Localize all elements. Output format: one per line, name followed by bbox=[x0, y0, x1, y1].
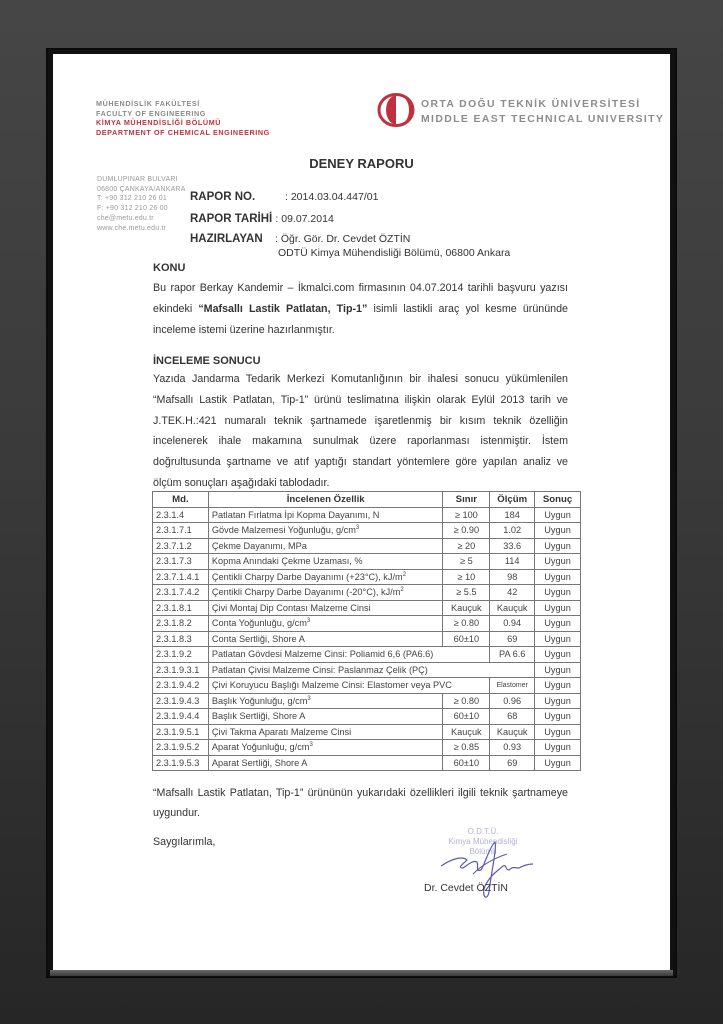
cell-result: Uygun bbox=[535, 554, 581, 570]
cell-measured: PA 6.6 bbox=[490, 647, 535, 663]
table-row: 2.3.1.9.5.1Çivi Takma Aparatı Malzeme Ci… bbox=[153, 724, 581, 740]
address-email: che@metu.edu.tr bbox=[97, 214, 186, 224]
header-result: Sonuç bbox=[535, 492, 581, 508]
faculty-en: FACULTY OF ENGINEERING bbox=[96, 109, 270, 119]
prepared-affiliation: ODTÜ Kimya Mühendisliği Bölümü, 06800 An… bbox=[278, 247, 510, 259]
table-row: 2.3.1.9.2Patlatan Gövdesi Malzeme Cinsi:… bbox=[153, 647, 581, 663]
cell-result: Uygun bbox=[535, 693, 581, 709]
unit-exponent: 2 bbox=[403, 572, 406, 578]
metu-logo-icon bbox=[376, 92, 416, 128]
konu-product-name: “Mafsallı Lastik Patlatan, Tip-1” bbox=[198, 303, 367, 315]
cell-limit: 60±10 bbox=[443, 709, 490, 725]
property-text: Çentikli Charpy Darbe Dayanımı (+23°C), … bbox=[212, 572, 403, 582]
address-block: DUMLUPINAR BULVARI 06800 ÇANKAYA/ANKARA … bbox=[97, 175, 186, 233]
cell-result: Uygun bbox=[535, 538, 581, 554]
property-text: Çivi Koruyucu Başlığı Malzeme Cinsi: Ela… bbox=[212, 680, 452, 690]
cell-md: 2.3.1.7.3 bbox=[153, 554, 209, 570]
prepared-by-row: HAZIRLAYAN: Öğr. Gör. Dr. Cevdet ÖZTİN bbox=[190, 233, 410, 245]
unit-exponent: 3 bbox=[309, 742, 312, 748]
cell-property: Kopma Anındaki Çekme Uzaması, % bbox=[208, 554, 443, 570]
header-measured: Ölçüm bbox=[490, 492, 535, 508]
cell-md: 2.3.1.9.4.4 bbox=[153, 709, 209, 725]
department-en: DEPARTMENT OF CHEMICAL ENGINEERING bbox=[96, 128, 270, 138]
cell-limit: ≥ 20 bbox=[443, 538, 490, 554]
cell-limit: 60±10 bbox=[443, 631, 490, 647]
inceleme-heading: İNCELEME SONUCU bbox=[153, 355, 261, 367]
cell-measured: Kauçuk bbox=[490, 600, 535, 616]
cell-limit: ≥ 0.90 bbox=[443, 523, 490, 539]
property-text: Kopma Anındaki Çekme Uzaması, % bbox=[212, 556, 363, 566]
cell-md: 2.3.1.8.2 bbox=[153, 616, 209, 632]
cell-property: Patlatan Çivisi Malzeme Cinsi: Paslanmaz… bbox=[208, 662, 534, 678]
cell-md: 2.3.1.9.5.2 bbox=[153, 740, 209, 756]
cell-result: Uygun bbox=[535, 569, 581, 585]
cell-measured: 0.93 bbox=[490, 740, 535, 756]
property-text: Conta Yoğunluğu, g/cm bbox=[212, 618, 307, 628]
unit-exponent: 2 bbox=[400, 587, 403, 593]
cell-md: 2.3.1.9.4.3 bbox=[153, 693, 209, 709]
cell-property: Çekme Dayanımı, MPa bbox=[208, 538, 443, 554]
cell-measured: 184 bbox=[490, 507, 535, 523]
property-text: Gövde Malzemesi Yoğunluğu, g/cm bbox=[212, 525, 356, 535]
cell-property: Patlatan Gövdesi Malzeme Cinsi: Poliamid… bbox=[208, 647, 489, 663]
konu-paragraph: Bu rapor Berkay Kandemir – İkmalci.com f… bbox=[153, 278, 568, 340]
cell-measured: 33.6 bbox=[490, 538, 535, 554]
cell-result: Uygun bbox=[535, 709, 581, 725]
unit-exponent: 3 bbox=[307, 696, 310, 702]
cell-measured: 68 bbox=[490, 709, 535, 725]
cell-md: 2.3.1.8.1 bbox=[153, 600, 209, 616]
table-row: 2.3.1.8.2Conta Yoğunluğu, g/cm3≥ 0.800.9… bbox=[153, 616, 581, 632]
property-text: Çivi Takma Aparatı Malzeme Cinsi bbox=[212, 727, 351, 737]
cell-property: Aparat Yoğunluğu, g/cm3 bbox=[208, 740, 443, 756]
property-text: Başlık Yoğunluğu, g/cm bbox=[212, 696, 308, 706]
document-page: MÜHENDİSLİK FAKÜLTESİ FACULTY OF ENGINEE… bbox=[53, 54, 670, 970]
property-text: Çentikli Charpy Darbe Dayanımı (-20°C), … bbox=[212, 587, 401, 597]
address-fax: F: +90 312 210 26 00 bbox=[97, 204, 186, 214]
cell-limit: 60±10 bbox=[443, 755, 490, 771]
frame-bevel bbox=[50, 970, 673, 976]
cell-property: Çivi Takma Aparatı Malzeme Cinsi bbox=[208, 724, 443, 740]
cell-measured: 69 bbox=[490, 755, 535, 771]
report-number-row: RAPOR NO.: 2014.03.04.447/01 bbox=[190, 191, 378, 203]
cell-property: Başlık Yoğunluğu, g/cm3 bbox=[208, 693, 443, 709]
cell-result: Uygun bbox=[535, 616, 581, 632]
header-md: Md. bbox=[153, 492, 209, 508]
cell-measured: 98 bbox=[490, 569, 535, 585]
university-name-en: MIDDLE EAST TECHNICAL UNIVERSITY bbox=[421, 112, 664, 127]
cell-md: 2.3.1.7.1 bbox=[153, 523, 209, 539]
cell-result: Uygun bbox=[535, 631, 581, 647]
cell-result: Uygun bbox=[535, 600, 581, 616]
cell-result: Uygun bbox=[535, 740, 581, 756]
cell-limit: ≥ 5 bbox=[443, 554, 490, 570]
report-date-label: RAPOR TARİHİ bbox=[190, 213, 272, 225]
cell-property: Çivi Montaj Dip Contası Malzeme Cinsi bbox=[208, 600, 443, 616]
table-row: 2.3.1.8.3Conta Sertliği, Shore A60±1069U… bbox=[153, 631, 581, 647]
property-text: Conta Sertliği, Shore A bbox=[212, 634, 305, 644]
cell-limit: ≥ 0.80 bbox=[443, 693, 490, 709]
cell-md: 2.3.1.7.4.2 bbox=[153, 585, 209, 601]
cell-property: Çentikli Charpy Darbe Dayanımı (+23°C), … bbox=[208, 569, 443, 585]
cell-md: 2.3.1.9.2 bbox=[153, 647, 209, 663]
table-row: 2.3.1.7.4.2Çentikli Charpy Darbe Dayanım… bbox=[153, 585, 581, 601]
cell-md: 2.3.7.1.2 bbox=[153, 538, 209, 554]
cell-result: Uygun bbox=[535, 755, 581, 771]
property-text: Aparat Sertliği, Shore A bbox=[212, 758, 308, 768]
cell-property: Çentikli Charpy Darbe Dayanımı (-20°C), … bbox=[208, 585, 443, 601]
cell-result: Uygun bbox=[535, 678, 581, 694]
address-website: www.che.metu.edu.tr bbox=[97, 224, 186, 234]
department-tr: KİMYA MÜHENDİSLİĞİ BÖLÜMÜ bbox=[96, 118, 270, 128]
cell-result: Uygun bbox=[535, 662, 581, 678]
header-property: İncelenen Özellik bbox=[208, 492, 443, 508]
table-row: 2.3.1.7.1Gövde Malzemesi Yoğunluğu, g/cm… bbox=[153, 523, 581, 539]
cell-limit: ≥ 5.5 bbox=[443, 585, 490, 601]
table-row: 2.3.1.7.3Kopma Anındaki Çekme Uzaması, %… bbox=[153, 554, 581, 570]
faculty-letterhead: MÜHENDİSLİK FAKÜLTESİ FACULTY OF ENGINEE… bbox=[96, 99, 270, 137]
cell-property: Patlatan Fırlatma İpi Kopma Dayanımı, N bbox=[208, 507, 443, 523]
cell-md: 2.3.1.9.4.2 bbox=[153, 678, 209, 694]
cell-property: Başlık Sertliği, Shore A bbox=[208, 709, 443, 725]
cell-property: Gövde Malzemesi Yoğunluğu, g/cm3 bbox=[208, 523, 443, 539]
report-title: DENEY RAPORU bbox=[53, 156, 670, 171]
cell-md: 2.3.1.9.5.1 bbox=[153, 724, 209, 740]
cell-measured: 0.94 bbox=[490, 616, 535, 632]
property-text: Çekme Dayanımı, MPa bbox=[212, 541, 307, 551]
cell-measured: 114 bbox=[490, 554, 535, 570]
property-text: Patlatan Fırlatma İpi Kopma Dayanımı, N bbox=[212, 510, 379, 520]
inceleme-paragraph: Yazıda Jandarma Tedarik Merkezi Komutanl… bbox=[153, 369, 568, 494]
report-number: : 2014.03.04.447/01 bbox=[285, 191, 378, 203]
cell-md: 2.3.1.8.3 bbox=[153, 631, 209, 647]
table-row: 2.3.1.9.3.1Patlatan Çivisi Malzeme Cinsi… bbox=[153, 662, 581, 678]
konu-heading: KONU bbox=[153, 262, 185, 274]
address-phone: T: +90 312 210 26 01 bbox=[97, 194, 186, 204]
prepared-by: : Öğr. Gör. Dr. Cevdet ÖZTİN bbox=[275, 233, 410, 245]
report-date-row: RAPOR TARİHİ : 09.07.2014 bbox=[190, 213, 334, 225]
cell-measured: 0.96 bbox=[490, 693, 535, 709]
property-text: Çivi Montaj Dip Contası Malzeme Cinsi bbox=[212, 603, 371, 613]
table-row: 2.3.1.9.5.3Aparat Sertliği, Shore A60±10… bbox=[153, 755, 581, 771]
cell-limit: ≥ 0.85 bbox=[443, 740, 490, 756]
table-row: 2.3.1.8.1Çivi Montaj Dip Contası Malzeme… bbox=[153, 600, 581, 616]
table-row: 2.3.1.9.4.4Başlık Sertliği, Shore A60±10… bbox=[153, 709, 581, 725]
prepared-by-label: HAZIRLAYAN bbox=[190, 233, 275, 245]
cell-result: Uygun bbox=[535, 724, 581, 740]
unit-exponent: 3 bbox=[356, 525, 359, 531]
faculty-tr: MÜHENDİSLİK FAKÜLTESİ bbox=[96, 99, 270, 109]
unit-exponent: 3 bbox=[307, 618, 310, 624]
cell-limit: Kauçuk bbox=[443, 600, 490, 616]
cell-measured: 42 bbox=[490, 585, 535, 601]
table-row: 2.3.1.9.4.2Çivi Koruyucu Başlığı Malzeme… bbox=[153, 678, 581, 694]
report-number-label: RAPOR NO. bbox=[190, 191, 285, 203]
cell-property: Çivi Koruyucu Başlığı Malzeme Cinsi: Ela… bbox=[208, 678, 489, 694]
prepared-affiliation-row: ODTÜ Kimya Mühendisliği Bölümü, 06800 An… bbox=[278, 247, 510, 259]
cell-result: Uygun bbox=[535, 523, 581, 539]
header-limit: Sınır bbox=[443, 492, 490, 508]
cell-property: Conta Sertliği, Shore A bbox=[208, 631, 443, 647]
cell-limit: ≥ 0.80 bbox=[443, 616, 490, 632]
cell-md: 2.3.1.4 bbox=[153, 507, 209, 523]
property-text: Aparat Yoğunluğu, g/cm bbox=[212, 742, 310, 752]
conclusion-text: “Mafsallı Lastik Patlatan, Tip-1” ürünün… bbox=[153, 783, 568, 823]
cell-measured: 1.02 bbox=[490, 523, 535, 539]
cell-result: Uygun bbox=[535, 507, 581, 523]
university-name-tr: ORTA DOĞU TEKNİK ÜNİVERSİTESİ bbox=[421, 97, 664, 112]
cell-result: Uygun bbox=[535, 647, 581, 663]
cell-md: 2.3.1.9.5.3 bbox=[153, 755, 209, 771]
cell-measured: Elastomer bbox=[490, 678, 535, 694]
address-street: DUMLUPINAR BULVARI bbox=[97, 175, 186, 185]
cell-property: Aparat Sertliği, Shore A bbox=[208, 755, 443, 771]
results-table: Md. İncelenen Özellik Sınır Ölçüm Sonuç … bbox=[152, 491, 581, 771]
table-header-row: Md. İncelenen Özellik Sınır Ölçüm Sonuç bbox=[153, 492, 581, 508]
cell-md: 2.3.1.9.3.1 bbox=[153, 662, 209, 678]
cell-limit: ≥ 10 bbox=[443, 569, 490, 585]
address-city: 06800 ÇANKAYA/ANKARA bbox=[97, 185, 186, 195]
cell-result: Uygun bbox=[535, 585, 581, 601]
cell-limit: ≥ 100 bbox=[443, 507, 490, 523]
table-row: 2.3.1.4Patlatan Fırlatma İpi Kopma Dayan… bbox=[153, 507, 581, 523]
cell-limit: Kauçuk bbox=[443, 724, 490, 740]
table-row: 2.3.7.1.2Çekme Dayanımı, MPa≥ 2033.6Uygu… bbox=[153, 538, 581, 554]
table-row: 2.3.1.9.5.2Aparat Yoğunluğu, g/cm3≥ 0.85… bbox=[153, 740, 581, 756]
signature-name: Dr. Cevdet ÖZTİN bbox=[424, 882, 508, 894]
table-row: 2.3.1.9.4.3Başlık Yoğunluğu, g/cm3≥ 0.80… bbox=[153, 693, 581, 709]
table-row: 2.3.7.1.4.1Çentikli Charpy Darbe Dayanım… bbox=[153, 569, 581, 585]
cell-property: Conta Yoğunluğu, g/cm3 bbox=[208, 616, 443, 632]
property-text: Patlatan Çivisi Malzeme Cinsi: Paslanmaz… bbox=[212, 665, 428, 675]
property-text: Başlık Sertliği, Shore A bbox=[212, 711, 305, 721]
university-name: ORTA DOĞU TEKNİK ÜNİVERSİTESİ MIDDLE EAS… bbox=[421, 97, 664, 127]
report-date: : 09.07.2014 bbox=[275, 213, 333, 225]
cell-measured: Kauçuk bbox=[490, 724, 535, 740]
cell-measured: 69 bbox=[490, 631, 535, 647]
property-text: Patlatan Gövdesi Malzeme Cinsi: Poliamid… bbox=[212, 649, 433, 659]
cell-md: 2.3.7.1.4.1 bbox=[153, 569, 209, 585]
